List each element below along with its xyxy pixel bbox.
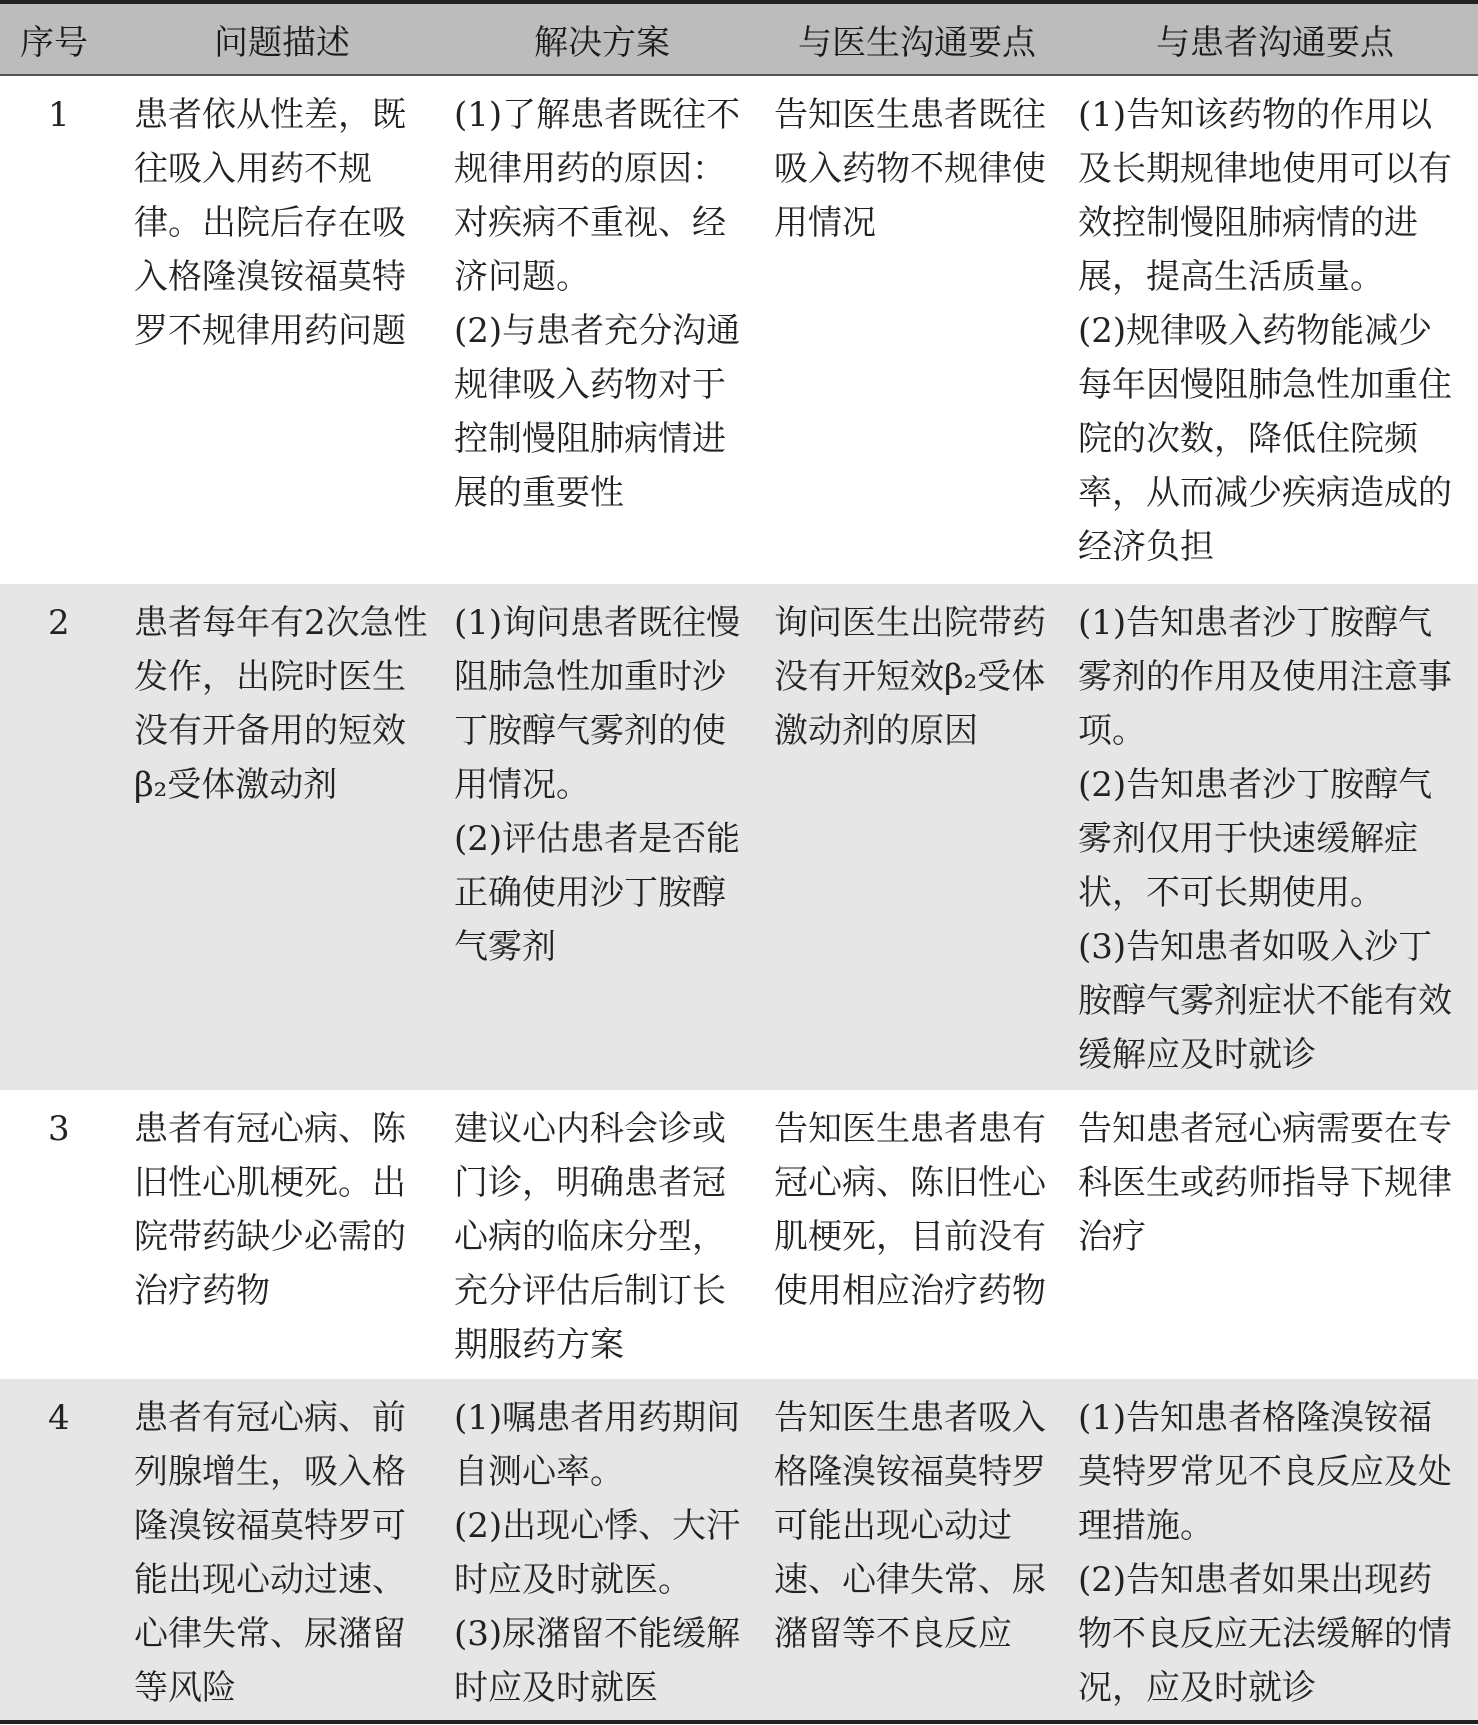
solution-item: (1)了解患者既往不规律用药的原因：对疾病不重视、经济问题。	[454, 88, 752, 304]
solution-cell: (1)嘱患者用药期间自测心率。 (2)出现心悸、大汗时应及时就医。 (3)尿潴留…	[442, 1391, 762, 1720]
patient-cell: 告知患者冠心病需要在专科医生或药师指导下规律治疗	[1072, 1102, 1478, 1379]
doctor-cell: 询问医生出院带药没有开短效β₂受体激动剂的原因	[762, 596, 1072, 1090]
table-row: 1 患者依从性差，既往吸入用药不规律。出院后存在吸入格隆溴铵福莫特罗不规律用药问…	[0, 76, 1478, 584]
patient-cell: (1)告知该药物的作用以及长期规律地使用可以有效控制慢阻肺病情的进展，提高生活质…	[1072, 88, 1478, 584]
patient-cell: (1)告知患者沙丁胺醇气雾剂的作用及使用注意事项。 (2)告知患者沙丁胺醇气雾剂…	[1072, 596, 1478, 1090]
row-number: 3	[0, 1102, 122, 1379]
patient-item: (2)规律吸入药物能减少每年因慢阻肺急性加重住院的次数，降低住院频率，从而减少疾…	[1078, 304, 1460, 574]
table-header: 序号 问题描述 解决方案 与医生沟通要点 与患者沟通要点	[0, 4, 1478, 76]
solution-cell: 建议心内科会诊或门诊，明确患者冠心病的临床分型，充分评估后制订长期服药方案	[442, 1102, 762, 1379]
problem-cell: 患者每年有2次急性发作，出院时医生没有开备用的短效β₂受体激动剂	[122, 596, 442, 1090]
doctor-cell: 告知医生患者患有冠心病、陈旧性心肌梗死，目前没有使用相应治疗药物	[762, 1102, 1072, 1379]
doctor-cell: 告知医生患者既往吸入药物不规律使用情况	[762, 88, 1072, 584]
header-patient-points: 与患者沟通要点	[1072, 15, 1478, 64]
row-number: 1	[0, 88, 122, 584]
patient-item: (1)告知患者格隆溴铵福莫特罗常见不良反应及处理措施。	[1078, 1391, 1460, 1553]
header-problem: 问题描述	[122, 15, 442, 64]
header-solution: 解决方案	[442, 15, 762, 64]
problem-cell: 患者依从性差，既往吸入用药不规律。出院后存在吸入格隆溴铵福莫特罗不规律用药问题	[122, 88, 442, 584]
solution-cell: (1)询问患者既往慢阻肺急性加重时沙丁胺醇气雾剂的使用情况。 (2)评估患者是否…	[442, 596, 762, 1090]
patient-item: (2)告知患者沙丁胺醇气雾剂仅用于快速缓解症状，不可长期使用。	[1078, 758, 1460, 920]
patient-item: 告知患者冠心病需要在专科医生或药师指导下规律治疗	[1078, 1102, 1460, 1264]
problem-cell: 患者有冠心病、陈旧性心肌梗死。出院带药缺少必需的治疗药物	[122, 1102, 442, 1379]
solution-item: (3)尿潴留不能缓解时应及时就医	[454, 1607, 752, 1715]
row-number: 4	[0, 1391, 122, 1720]
patient-item: (3)告知患者如吸入沙丁胺醇气雾剂症状不能有效缓解应及时就诊	[1078, 920, 1460, 1082]
doctor-cell: 告知医生患者吸入格隆溴铵福莫特罗可能出现心动过速、心律失常、尿潴留等不良反应	[762, 1391, 1072, 1720]
solution-item: (2)出现心悸、大汗时应及时就医。	[454, 1499, 752, 1607]
solution-item: (2)与患者充分沟通规律吸入药物对于控制慢阻肺病情进展的重要性	[454, 304, 752, 520]
solution-cell: (1)了解患者既往不规律用药的原因：对疾病不重视、经济问题。 (2)与患者充分沟…	[442, 88, 762, 584]
solution-item: (1)询问患者既往慢阻肺急性加重时沙丁胺醇气雾剂的使用情况。	[454, 596, 752, 812]
patient-item: (1)告知患者沙丁胺醇气雾剂的作用及使用注意事项。	[1078, 596, 1460, 758]
solution-item: (1)嘱患者用药期间自测心率。	[454, 1391, 752, 1499]
solution-item: (2)评估患者是否能正确使用沙丁胺醇气雾剂	[454, 812, 752, 974]
solution-item: 建议心内科会诊或门诊，明确患者冠心病的临床分型，充分评估后制订长期服药方案	[454, 1102, 752, 1372]
patient-item: (1)告知该药物的作用以及长期规律地使用可以有效控制慢阻肺病情的进展，提高生活质…	[1078, 88, 1460, 304]
problem-cell: 患者有冠心病、前列腺增生，吸入格隆溴铵福莫特罗可能出现心动过速、心律失常、尿潴留…	[122, 1391, 442, 1720]
table-row: 2 患者每年有2次急性发作，出院时医生没有开备用的短效β₂受体激动剂 (1)询问…	[0, 584, 1478, 1090]
patient-cell: (1)告知患者格隆溴铵福莫特罗常见不良反应及处理措施。 (2)告知患者如果出现药…	[1072, 1391, 1478, 1720]
row-number: 2	[0, 596, 122, 1090]
table-row: 3 患者有冠心病、陈旧性心肌梗死。出院带药缺少必需的治疗药物 建议心内科会诊或门…	[0, 1090, 1478, 1379]
header-doctor-points: 与医生沟通要点	[762, 15, 1072, 64]
table-row: 4 患者有冠心病、前列腺增生，吸入格隆溴铵福莫特罗可能出现心动过速、心律失常、尿…	[0, 1379, 1478, 1720]
medication-problem-table: 序号 问题描述 解决方案 与医生沟通要点 与患者沟通要点 1 患者依从性差，既往…	[0, 0, 1478, 1724]
header-number: 序号	[0, 15, 122, 64]
patient-item: (2)告知患者如果出现药物不良反应无法缓解的情况，应及时就诊	[1078, 1553, 1460, 1715]
